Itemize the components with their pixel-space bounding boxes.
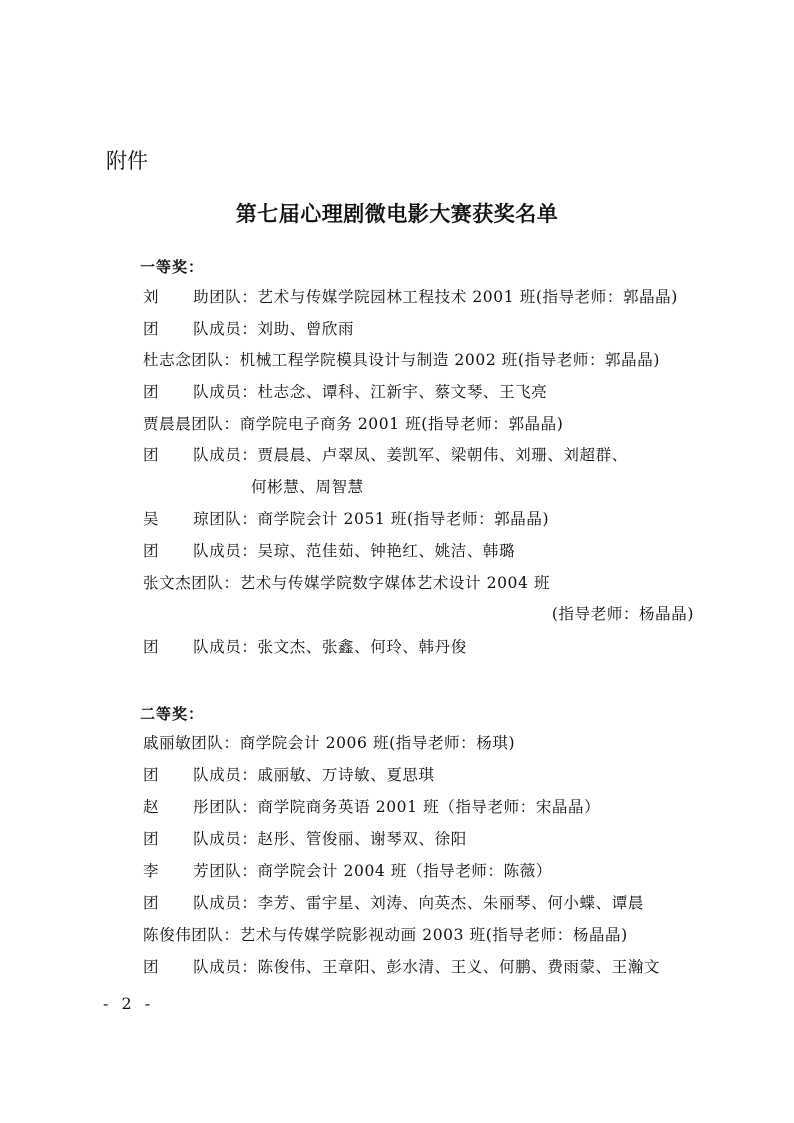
team-line: 贾晨晨团队：商学院电子商务 2001 班(指导老师：郭晶晶) (143, 411, 563, 435)
members-line: 团队成员：张文杰、张鑫、何玲、韩丹俊 (143, 634, 467, 658)
members-label-a: 团 (143, 380, 159, 402)
members-line: 团队成员：吴琼、范佳茹、钟艳红、姚洁、韩璐 (143, 538, 515, 562)
members-label-a: 团 (143, 539, 159, 561)
members: 刘助、曾欣雨 (258, 317, 355, 339)
team-line: 张文杰团队：艺术与传媒学院数字媒体艺术设计 2004 班 (143, 570, 550, 594)
team-info: 商学院会计 2004 班（指导老师：陈薇） (258, 859, 552, 881)
team-info-continuation: (指导老师：杨晶晶) (552, 601, 694, 625)
members: 贾晨晨、卢翠凤、姜凯军、梁朝伟、刘珊、刘超群、 (258, 443, 628, 465)
team-line: 吴琼团队：商学院会计 2051 班(指导老师：郭晶晶) (143, 506, 549, 530)
team-info: 商学院商务英语 2001 班（指导老师：宋晶晶） (258, 795, 601, 817)
team-info: 艺术与传媒学院影视动画 2003 班(指导老师：杨晶晶) (240, 923, 628, 945)
team-label-b: 琼团队： (193, 507, 257, 529)
attachment-label: 附件 (106, 145, 148, 175)
team-label-b: 芳团队： (193, 859, 257, 881)
members-label-a: 团 (143, 443, 159, 465)
members-label-b: 队成员： (193, 763, 257, 785)
members-label-b: 队成员： (193, 891, 257, 913)
team-info: 机械工程学院模具设计与制造 2002 班(指导老师：郭晶晶) (240, 348, 660, 370)
members-label-b: 队成员： (193, 380, 257, 402)
members: 陈俊伟、王章阳、彭水清、王义、何鹏、费雨蒙、王瀚文 (258, 955, 661, 977)
team-line: 赵彤团队：商学院商务英语 2001 班（指导老师：宋晶晶） (143, 794, 600, 818)
members-label-a: 团 (143, 955, 159, 977)
team-line: 刘助团队：艺术与传媒学院园林工程技术 2001 班(指导老师：郭晶晶) (143, 284, 678, 308)
members-line: 团队成员：李芳、雷宇星、刘涛、向英杰、朱丽琴、何小蝶、谭晨 (143, 890, 644, 914)
members: 李芳、雷宇星、刘涛、向英杰、朱丽琴、何小蝶、谭晨 (258, 891, 644, 913)
members-line: 团队成员：戚丽敏、万诗敏、夏思琪 (143, 762, 435, 786)
members-label-b: 队成员： (193, 317, 257, 339)
page-number: - 2 - (103, 994, 154, 1013)
members-line: 团队成员：陈俊伟、王章阳、彭水清、王义、何鹏、费雨蒙、王瀚文 (143, 954, 660, 978)
members-line: 团队成员：赵彤、管俊丽、谢琴双、徐阳 (143, 826, 467, 850)
team-line: 戚丽敏团队：商学院会计 2006 班(指导老师：杨琪) (143, 730, 515, 754)
members-label-b: 队成员： (193, 539, 257, 561)
team-line: 陈俊伟团队：艺术与传媒学院影视动画 2003 班(指导老师：杨晶晶) (143, 922, 628, 946)
members-label-a: 团 (143, 317, 159, 339)
members-continuation: 何彬慧、周智慧 (251, 474, 364, 498)
document-title: 第七届心理剧微电影大赛获奖名单 (0, 198, 794, 228)
team-label-b: 助团队： (193, 285, 257, 307)
members: 戚丽敏、万诗敏、夏思琪 (258, 763, 435, 785)
team-label-b: 彤团队： (193, 795, 257, 817)
team-label: 张文杰团队： (143, 571, 240, 593)
document-page: 附件 第七届心理剧微电影大赛获奖名单 一等奖： 刘助团队：艺术与传媒学院园林工程… (0, 0, 794, 1123)
team-label: 戚丽敏团队： (143, 731, 240, 753)
members: 杜志念、谭科、江新宇、蔡文琴、王飞亮 (258, 380, 548, 402)
team-line: 杜志念团队：机械工程学院模具设计与制造 2002 班(指导老师：郭晶晶) (143, 347, 660, 371)
members: 赵彤、管俊丽、谢琴双、徐阳 (258, 827, 467, 849)
team-info: 商学院会计 2051 班(指导老师：郭晶晶) (258, 507, 550, 529)
members-line: 团队成员：杜志念、谭科、江新宇、蔡文琴、王飞亮 (143, 379, 547, 403)
team-label-a: 吴 (143, 507, 159, 529)
members-label-b: 队成员： (193, 443, 257, 465)
team-label-a: 刘 (143, 285, 159, 307)
team-info: 艺术与传媒学院数字媒体艺术设计 2004 班 (240, 571, 551, 593)
members-line: 团队成员：刘助、曾欣雨 (143, 316, 354, 340)
team-line: 李芳团队：商学院会计 2004 班（指导老师：陈薇） (143, 858, 552, 882)
members-label-a: 团 (143, 827, 159, 849)
members-label-a: 团 (143, 763, 159, 785)
members-line: 团队成员：贾晨晨、卢翠凤、姜凯军、梁朝伟、刘珊、刘超群、 (143, 442, 628, 466)
team-label-a: 赵 (143, 795, 159, 817)
members: 张文杰、张鑫、何玲、韩丹俊 (258, 635, 467, 657)
members-label-b: 队成员： (193, 955, 257, 977)
team-label: 贾晨晨团队： (143, 412, 240, 434)
team-label-a: 李 (143, 859, 159, 881)
team-info: 商学院会计 2006 班(指导老师：杨琪) (240, 731, 516, 753)
members-label-b: 队成员： (193, 827, 257, 849)
members: 吴琼、范佳茹、钟艳红、姚洁、韩璐 (258, 539, 516, 561)
members-label-a: 团 (143, 635, 159, 657)
team-label: 杜志念团队： (143, 348, 240, 370)
team-info: 艺术与传媒学院园林工程技术 2001 班(指导老师：郭晶晶) (258, 285, 678, 307)
first-prize-heading: 一等奖： (140, 256, 204, 277)
team-label: 陈俊伟团队： (143, 923, 240, 945)
members-label-b: 队成员： (193, 635, 257, 657)
team-info: 商学院电子商务 2001 班(指导老师：郭晶晶) (240, 412, 564, 434)
second-prize-heading: 二等奖： (140, 703, 204, 724)
members-label-a: 团 (143, 891, 159, 913)
